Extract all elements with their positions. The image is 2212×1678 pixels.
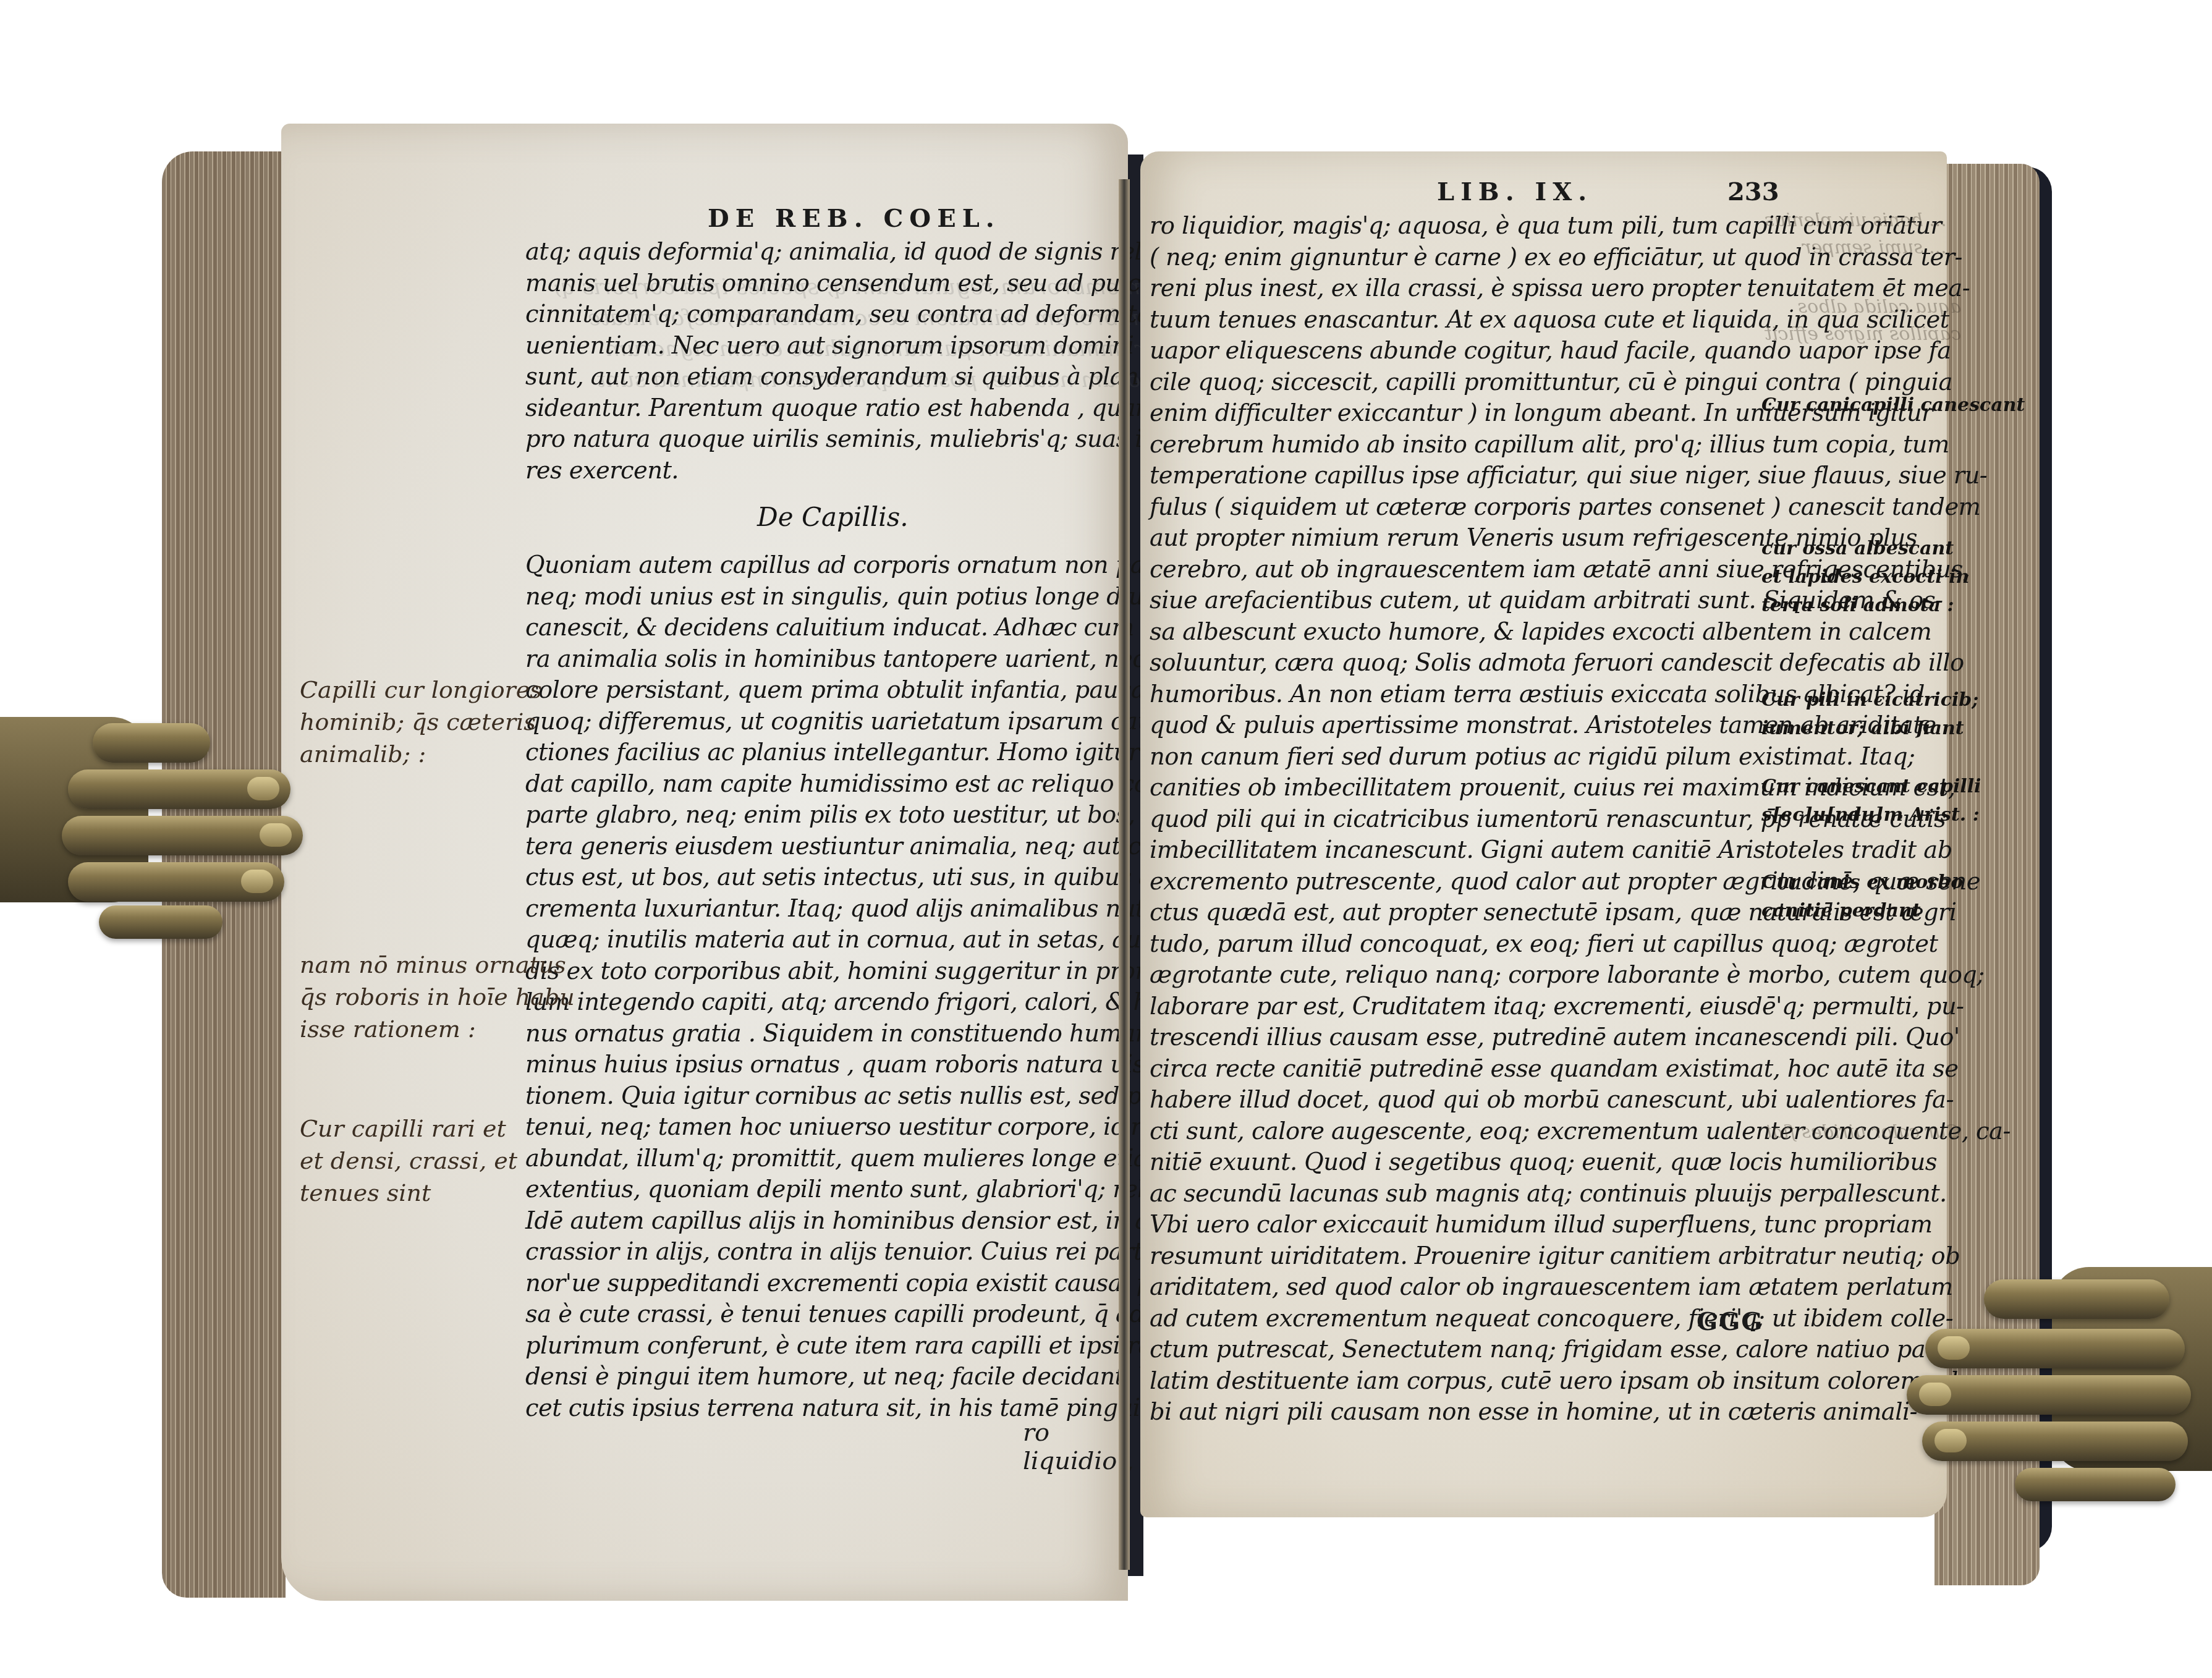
marginal-note: Capilli cur longioreshominib; q̄s cæteri…: [300, 674, 542, 770]
hand-finger: [1922, 1422, 2188, 1461]
hand-finger: [1907, 1375, 2191, 1415]
show-through-note-line: capillos nigros efficit: [1765, 321, 1961, 348]
text-line: habere illud docet, quod qui ob morbū ca…: [1150, 1085, 2011, 1116]
signature-mark: GGG: [1697, 1307, 1763, 1336]
hand-thumb: [93, 723, 210, 763]
text-line: sa albescunt exucto humore, & lapides ex…: [1150, 617, 2011, 648]
text-line: Vbi uero calor exiccauit humidum illud s…: [1150, 1210, 2011, 1241]
marginal-note-line: canitiē perdant: [1761, 897, 1963, 925]
marginal-note-line: isse rationem :: [300, 1013, 575, 1045]
section-heading: De Capillis.: [757, 502, 909, 532]
marginal-note-line: Capilli cur longiores: [300, 674, 542, 706]
text-line: trescendi illius causam esse, putredinē …: [1150, 1022, 2011, 1054]
marginal-note-line: Cur canicapilli canescant: [1761, 389, 2025, 422]
marginal-note-line: nam nō minus ornatus: [300, 949, 575, 981]
marginal-note-line: cur ossa albescant: [1761, 535, 1969, 563]
show-through-note-line: Cur calor uirides fiat: [1765, 1119, 1960, 1146]
text-line: soluuntur, cæra quoq; Solis admota feruo…: [1150, 648, 2011, 679]
marginal-note-line: s[ec]u[ndu]m Arist. :: [1761, 801, 1981, 829]
marginal-note: cur ossa albescantet lapides excocti int…: [1761, 535, 1969, 620]
marginal-note-line: q̄s roboris in hoīe habu: [300, 981, 575, 1013]
text-line: circa recte canitiē putredinē esse quand…: [1150, 1054, 2011, 1085]
hand-finger: [1925, 1329, 2185, 1368]
book-gutter: [1119, 179, 1130, 1570]
marginal-note-line: Cur pili in cicatricib;: [1761, 686, 1978, 714]
marginal-note-line: et lapides excocti in: [1761, 563, 1969, 591]
brass-hand-right: [1879, 1255, 2212, 1477]
marginal-note: Cur canis ex morbocanitiē perdant: [1761, 868, 1963, 925]
show-through-marginal-note: ... bonis uix plenius... sumi semper: [1765, 207, 1947, 261]
text-line: temperatione capillus ipse afficiatur, q…: [1150, 460, 2011, 492]
page-number: 233: [1727, 177, 1779, 206]
show-through-marginal-note: aqua calida alboscapillos nigros efficit: [1765, 294, 1961, 348]
hand-thumb: [1984, 1279, 2169, 1319]
marginal-note: nam nō minus ornatusq̄s roboris in hoīe …: [300, 949, 575, 1045]
marginal-note-line: hominib; q̄s cæteris: [300, 706, 542, 738]
marginal-note-line: Cur canescant capilli: [1761, 773, 1981, 801]
text-line: tudo, parum illud concoquat, ex eoq; fie…: [1150, 929, 2011, 960]
brass-hand-left: [0, 705, 309, 915]
show-through-marginal-note: Cur calor uirides fiat: [1765, 1119, 1960, 1146]
text-line: laborare par est, Cruditatem itaq; excre…: [1150, 991, 2011, 1023]
marginal-note: Cur canescant capillis[ec]u[ndu]m Arist.…: [1761, 773, 1981, 829]
running-head: LIB. IX.: [1437, 177, 1593, 206]
marginal-note-line: Cur capilli rari et: [300, 1112, 517, 1145]
marginal-note: Cur pili in cicatricib;iumentor; albi fi…: [1761, 686, 1978, 743]
hand-finger: [2015, 1468, 2176, 1501]
left-page[interactable]: ac membrorum regula. Cum q; species ipsa…: [281, 124, 1128, 1601]
marginal-note-line: iumentor; albi fiant: [1761, 714, 1978, 743]
text-line: imbecillitatem incanescunt. Gigni autem …: [1150, 835, 2011, 867]
text-line: non canum fieri sed durum potius ac rigi…: [1150, 742, 2011, 773]
marginal-note-line: animalib; :: [300, 738, 542, 770]
hand-finger: [68, 769, 290, 809]
marginal-note-line: terra soli admota :: [1761, 591, 1969, 620]
show-through-note-line: ... bonis uix plenius: [1765, 207, 1947, 234]
text-line: cerebrum humido ab insito capillum alit,…: [1150, 430, 2011, 461]
marginal-note-line: et densi, crassi, et: [300, 1145, 517, 1177]
hand-finger: [68, 862, 284, 902]
catchword: ro liquidior,: [1023, 1418, 1134, 1475]
hand-finger: [99, 905, 222, 939]
right-page[interactable]: LIB. IX. 233 ro liquidior, magis'q; aquo…: [1140, 151, 1947, 1517]
text-line: ac secundū lacunas sub magnis atq; conti…: [1150, 1179, 2011, 1210]
text-line: ægrotante cute, reliquo nanq; corpore la…: [1150, 960, 2011, 991]
marginal-note-line: Cur canis ex morbo: [1761, 868, 1963, 897]
text-line: nitiē exuunt. Quod i segetibus quoq; eue…: [1150, 1147, 2011, 1179]
marginal-note: Cur canicapilli canescant: [1761, 389, 2025, 422]
text-line: fulus ( siquidem ut cæteræ corporis part…: [1150, 492, 2011, 523]
running-head: DE REB. COEL.: [708, 204, 1001, 233]
marginal-note: Cur capilli rari etet densi, crassi, ett…: [300, 1112, 517, 1209]
show-through-note-line: aqua calida albos: [1765, 294, 1961, 321]
marginal-note-line: tenues sint: [300, 1177, 517, 1209]
show-through-note-line: ... sumi semper: [1765, 234, 1947, 261]
hand-finger: [62, 816, 303, 855]
